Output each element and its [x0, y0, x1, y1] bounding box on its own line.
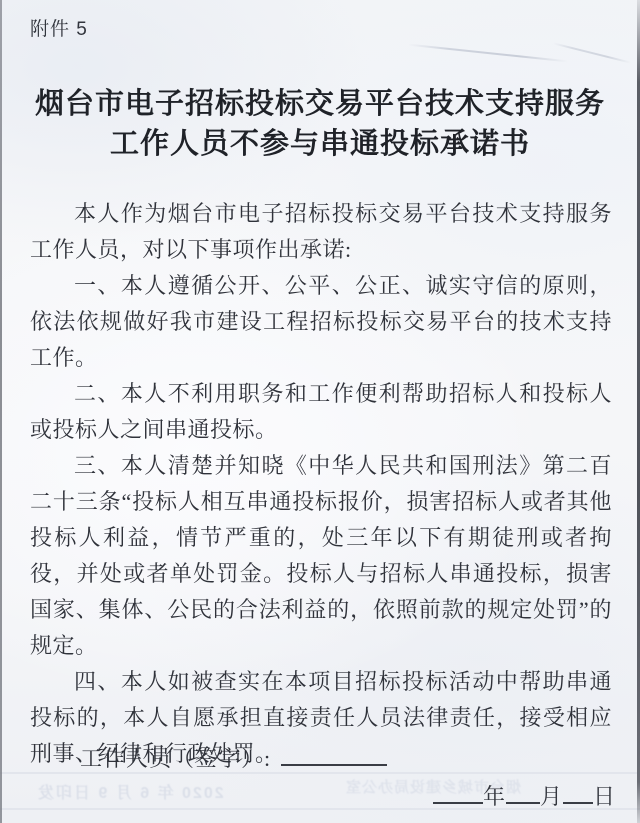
scan-edge-left	[0, 0, 2, 823]
bleed-through-rule	[0, 772, 640, 774]
body-paragraph: 三、本人清楚并知晓《中华人民共和国刑法》第二百二十三条“投标人相互串通投标报价，…	[30, 448, 612, 664]
bleed-through-print-date: 2020 年 6 月 9 日印发	[36, 780, 224, 803]
document-body: 本人作为烟台市电子招标投标交易平台技术支持服务工作人员，对以下事项作出承诺: 一…	[30, 196, 612, 772]
scanned-document-page: 附件 5 烟台市电子招标投标交易平台技术支持服务 工作人员不参与串通投标承诺书 …	[0, 0, 640, 823]
signature-row: 工作人员（签字）:	[80, 742, 387, 773]
title-line-1: 烟台市电子招标投标交易平台技术支持服务	[35, 88, 605, 120]
year-label: 年	[483, 784, 506, 809]
date-blank-month	[506, 780, 540, 804]
signature-blank-line	[281, 742, 387, 766]
signature-label: 工作人员（签字）:	[80, 746, 271, 771]
month-label: 月	[540, 784, 563, 809]
body-paragraph: 本人作为烟台市电子招标投标交易平台技术支持服务工作人员，对以下事项作出承诺:	[30, 196, 612, 268]
date-blank-day	[563, 780, 593, 804]
paper-crease	[408, 44, 567, 63]
document-title: 烟台市电子招标投标交易平台技术支持服务 工作人员不参与串通投标承诺书	[0, 84, 640, 164]
date-row: 年月日	[433, 780, 616, 811]
title-line-2: 工作人员不参与串通投标承诺书	[110, 128, 530, 160]
day-label: 日	[593, 784, 616, 809]
date-blank-year	[433, 780, 483, 804]
body-paragraph: 一、本人遵循公开、公平、公正、诚实守信的原则，依法依规做好我市建设工程招标投标交…	[30, 268, 612, 376]
attachment-label: 附件 5	[30, 14, 88, 41]
body-paragraph: 二、本人不利用职务和工作便利帮助招标人和投标人或投标人之间串通投标。	[30, 376, 612, 448]
